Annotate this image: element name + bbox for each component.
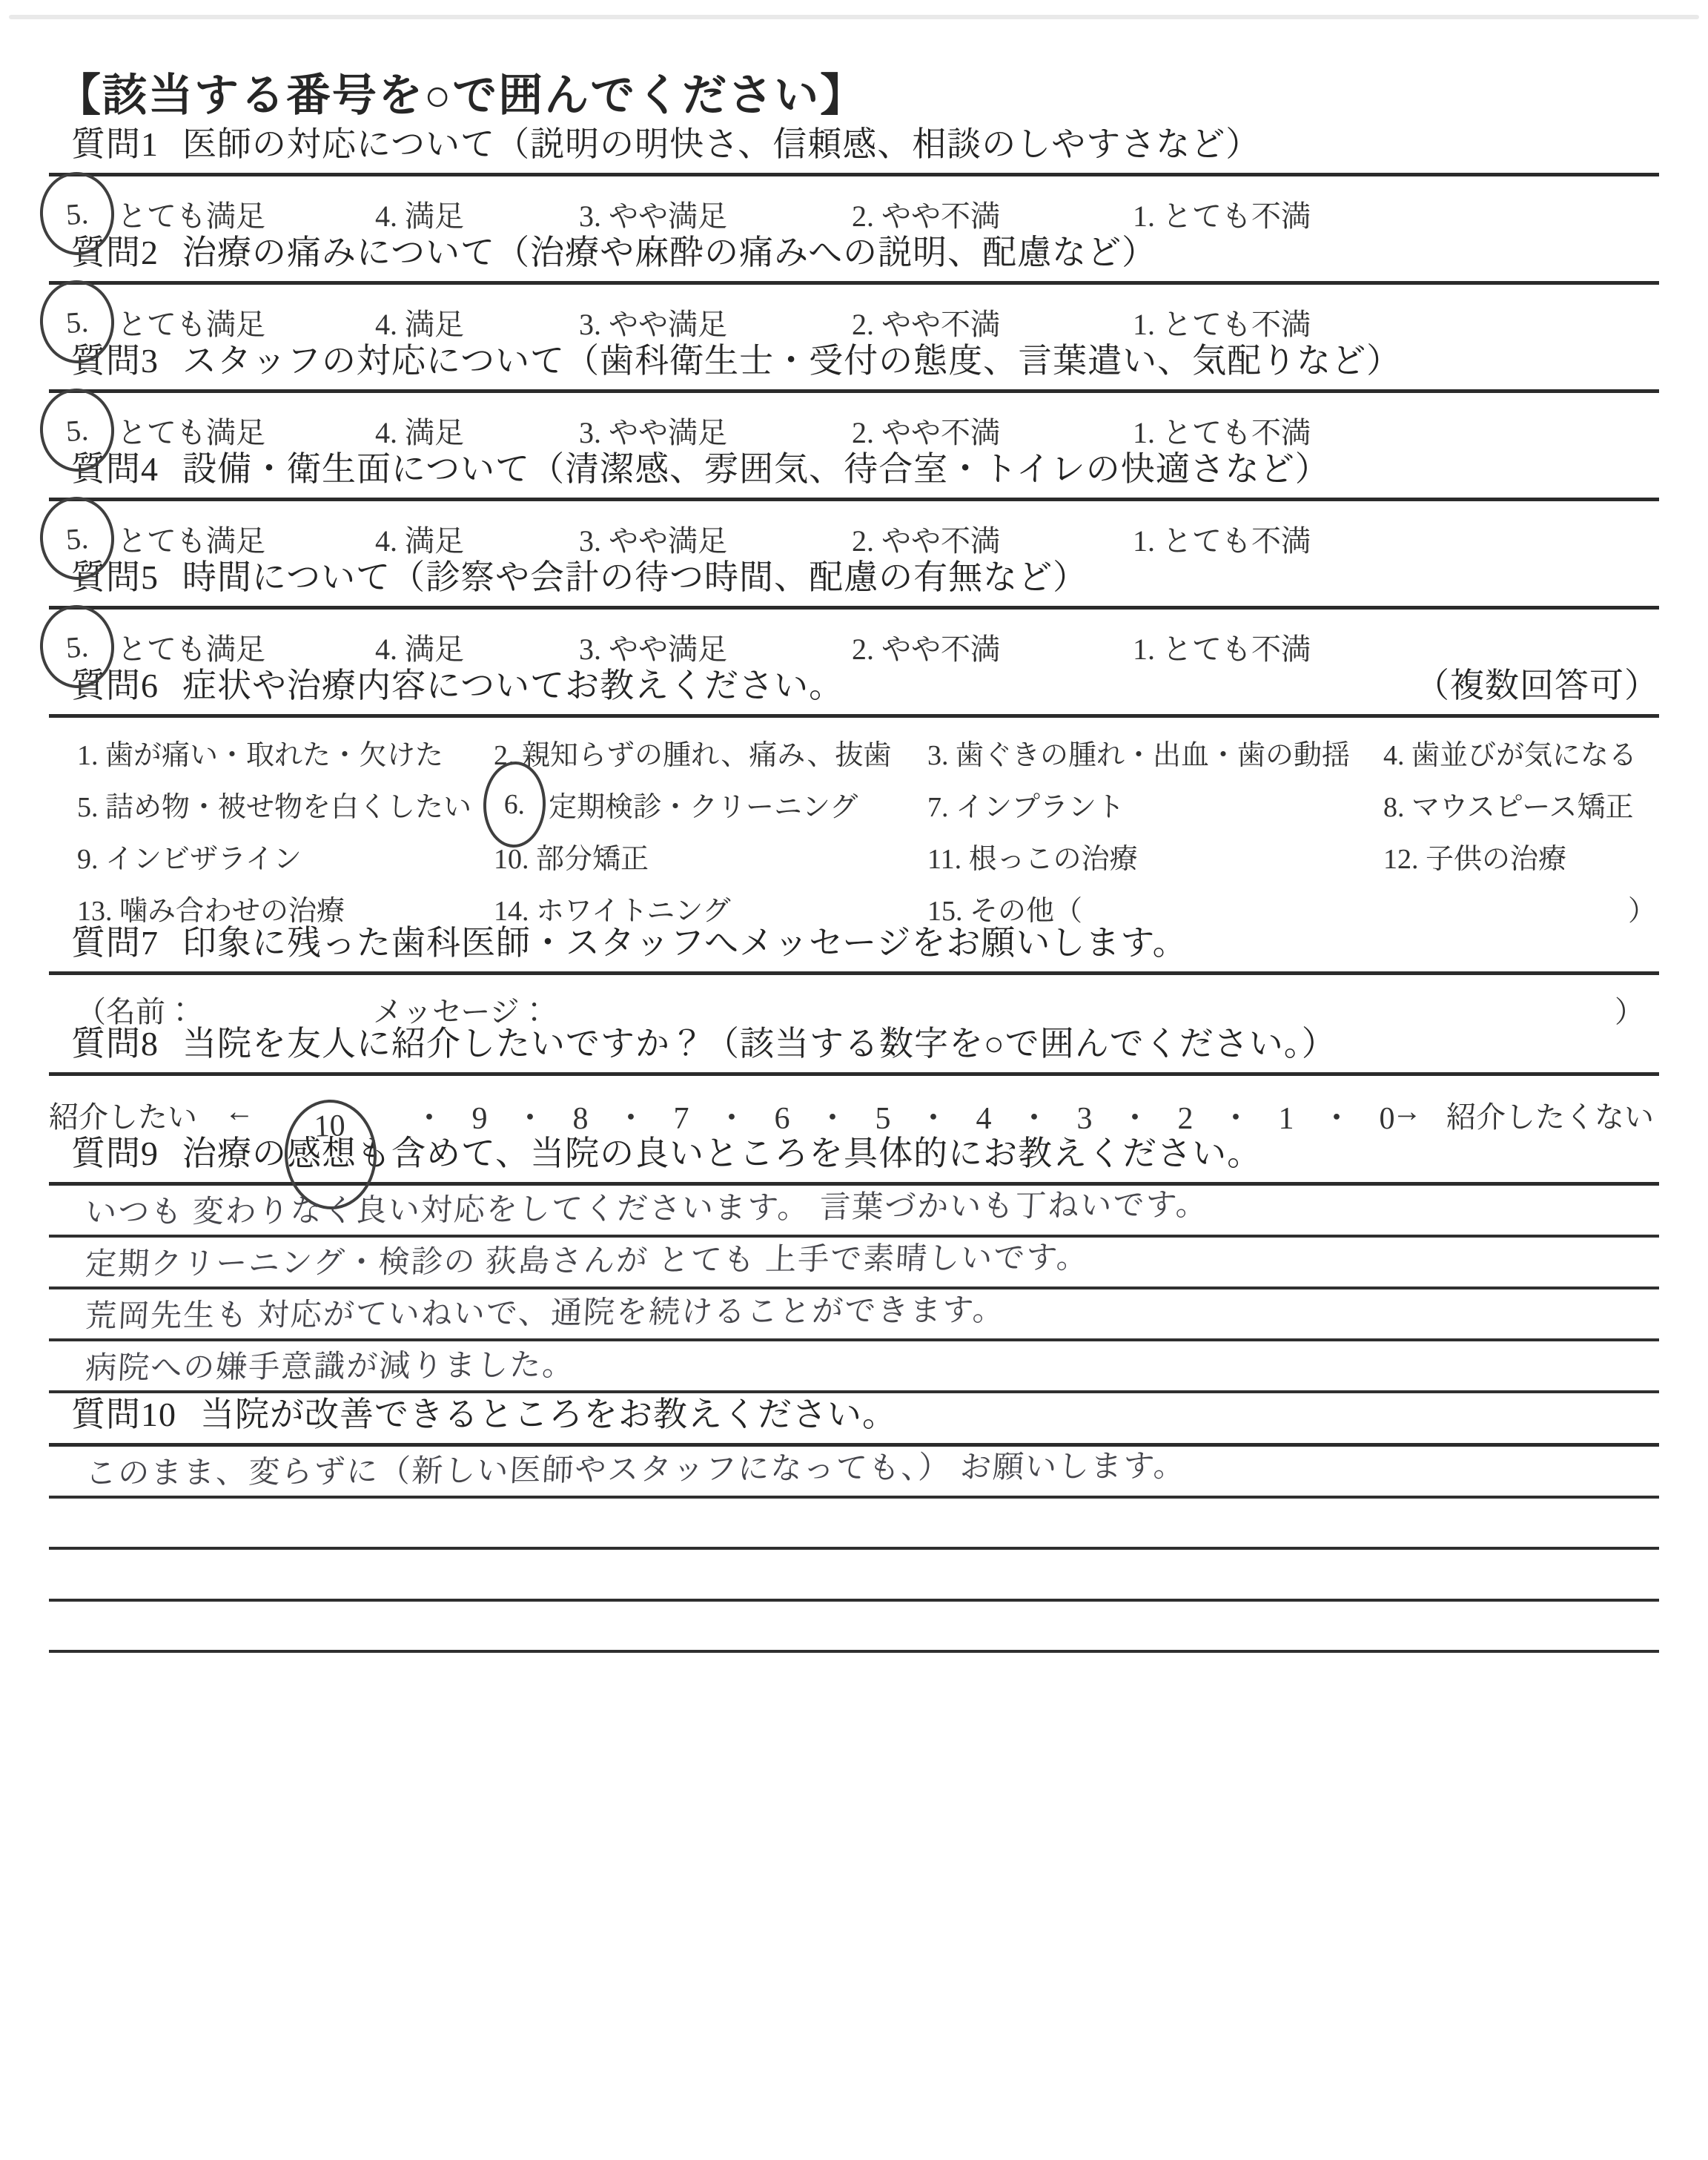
option-very-dissatisfied: 1. とても不満 [1133, 301, 1311, 343]
symptom-item-15-other: 15. その他（ [927, 888, 1082, 928]
question-10-label: 質問10 [71, 1393, 176, 1436]
question-6: 質問6 症状や治療内容についてお教えください。 （複数回答可） 1. 歯が痛い・… [49, 664, 1659, 922]
symptom-row-3: 9. インビザライン 10. 部分矯正 11. 根っこの治療 12. 子供の治療 [49, 834, 1659, 870]
empty-answer-line [49, 1499, 1659, 1550]
option-somewhat-satisfied: 3. やや満足 [579, 409, 727, 452]
circled-number: 10 [314, 1108, 346, 1144]
name-message-row: （名前： メッセージ： ） [49, 987, 1659, 1023]
other-close-paren: ） [1628, 888, 1656, 928]
answer-line: 定期クリーニング・検診の 荻島さんが とても 上手で素晴しいです。 [49, 1238, 1659, 1289]
question-4: 質問4 設備・衛生面について（清潔感、雰囲気、待合室・トイレの快適さなど） 5.… [49, 448, 1659, 556]
divider [49, 281, 1659, 285]
question-3-heading: 質問3 スタッフの対応について（歯科衛生士・受付の態度、言葉遣い、気配りなど） [49, 340, 1659, 383]
hand-drawn-circle: 5. [37, 278, 117, 366]
left-arrow-icon: ← [225, 1094, 254, 1129]
question-1-heading: 質問1 医師の対応について（説明の明快さ、信頼感、相談のしやすさなど） [49, 123, 1659, 166]
circled-number: 5. [64, 629, 89, 665]
right-arrow-icon: → [1392, 1094, 1422, 1129]
divider [49, 389, 1659, 393]
symptom-item-7: 7. インプラント [927, 784, 1125, 825]
option-very-dissatisfied: 1. とても不満 [1133, 193, 1311, 235]
question-5: 質問5 時間について（診察や会計の待つ時間、配慮の有無など） 5. とても満足 … [49, 556, 1659, 664]
symptom-item-12: 12. 子供の治療 [1383, 836, 1566, 876]
symptom-item-10: 10. 部分矯正 [494, 836, 649, 876]
hand-drawn-circle: 5. [37, 495, 117, 583]
handwritten-answer: 定期クリーニング・検診の 荻島さんが とても 上手で素晴しいです。 [85, 1233, 1090, 1284]
symptom-row-1: 1. 歯が痛い・取れた・欠けた 2. 親知らずの腫れ、痛み、抜歯 3. 歯ぐきの… [49, 730, 1659, 766]
handwritten-answer: 荒岡先生も 対応がていねいで、通院を続けることができます。 [85, 1285, 1006, 1336]
symptom-item-4: 4. 歯並びが気になる [1383, 732, 1637, 773]
answer-line: このまま、変らずに（新しい医師やスタッフになっても、） お願いします。 [49, 1447, 1659, 1499]
question-3: 質問3 スタッフの対応について（歯科衛生士・受付の態度、言葉遣い、気配りなど） … [49, 340, 1659, 448]
option-very-satisfied-circled: 5. とても満足 [40, 497, 265, 580]
message-field-label: メッセージ： [373, 988, 549, 1031]
option-label: とても満足 [117, 518, 265, 560]
handwritten-answer: いつも 変わりなく良い対応をしてくださいます。 言葉づかいも丁ねいです。 [85, 1180, 1210, 1232]
option-very-satisfied-circled: 5. とても満足 [40, 172, 265, 255]
circled-number: 5. [64, 196, 89, 232]
option-label: とても満足 [117, 409, 265, 452]
divider [49, 714, 1659, 718]
option-very-satisfied-circled: 5. とても満足 [40, 605, 265, 688]
question-7: 質問7 印象に残った歯科医師・スタッフへメッセージをお願いします。 （名前： メ… [49, 922, 1659, 1023]
divider [49, 1072, 1659, 1076]
option-satisfied: 4. 満足 [375, 518, 464, 560]
hand-drawn-circle: 5. [37, 386, 117, 475]
option-satisfied: 4. 満足 [375, 193, 464, 235]
option-somewhat-dissatisfied: 2. やや不満 [852, 518, 1000, 560]
divider [49, 606, 1659, 610]
symptom-item-6-circled: 6. 定期検診・クリーニング [494, 784, 858, 825]
symptom-item-8: 8. マウスピース矯正 [1383, 784, 1633, 825]
question-5-options: 5. とても満足 4. 満足 3. やや満足 2. やや不満 1. とても不満 [49, 623, 1659, 664]
option-very-satisfied-circled: 5. とても満足 [40, 389, 265, 472]
option-somewhat-dissatisfied: 2. やや不満 [852, 193, 1000, 235]
circled-number: 6. [503, 787, 526, 821]
option-somewhat-dissatisfied: 2. やや不満 [852, 301, 1000, 343]
circled-number: 5. [64, 521, 89, 557]
question-2-title: 治療の痛みについて（治療や麻酔の痛みへの説明、配慮など） [182, 231, 1156, 274]
handwritten-answer: このまま、変らずに（新しい医師やスタッフになっても、） お願いします。 [85, 1441, 1187, 1493]
question-2: 質問2 治療の痛みについて（治療や麻酔の痛みへの説明、配慮など） 5. とても満… [49, 231, 1659, 340]
hand-drawn-circle: 5. [37, 170, 117, 258]
option-label: とても満足 [117, 193, 265, 235]
symptom-item-13: 13. 噛み合わせの治療 [77, 888, 345, 928]
question-1: 質問1 医師の対応について（説明の明快さ、信頼感、相談のしやすさなど） 5. と… [49, 123, 1659, 231]
question-6-title: 症状や治療内容についてお教えください。 [182, 664, 844, 707]
divider [49, 173, 1659, 176]
option-satisfied: 4. 満足 [375, 409, 464, 452]
multiple-answers-note: （複数回答可） [1415, 664, 1659, 707]
answer-line: 病院への嫌手意識が減りました。 [49, 1341, 1659, 1393]
symptom-item-3: 3. 歯ぐきの腫れ・出血・歯の動揺 [927, 732, 1350, 773]
recommend-scale: 紹介したい ← 10 ・ 9 ・ 8 ・ 7 ・ 6 ・ 5 ・ 4 ・ 3 ・… [49, 1088, 1659, 1132]
symptom-item-1: 1. 歯が痛い・取れた・欠けた [77, 732, 443, 773]
option-satisfied: 4. 満足 [375, 301, 464, 343]
option-very-satisfied-circled: 5. とても満足 [40, 280, 265, 363]
symptom-row-2: 5. 詰め物・被せ物を白くしたい 6. 定期検診・クリーニング 7. インプラン… [49, 782, 1659, 818]
question-3-options: 5. とても満足 4. 満足 3. やや満足 2. やや不満 1. とても不満 [49, 406, 1659, 448]
question-8-title: 当院を友人に紹介したいですか？（該当する数字を○で囲んでください。） [182, 1023, 1337, 1066]
question-10-title: 当院が改善できるところをお教えください。 [200, 1393, 897, 1436]
hand-drawn-circle: 5. [37, 603, 117, 691]
question-1-title: 医師の対応について（説明の明快さ、信頼感、相談のしやすさなど） [182, 123, 1260, 166]
scale-left-label: 紹介したい [49, 1094, 197, 1136]
option-very-dissatisfied: 1. とても不満 [1133, 626, 1311, 668]
question-6-heading: 質問6 症状や治療内容についてお教えください。 （複数回答可） [49, 664, 1659, 707]
symptom-item-2: 2. 親知らずの腫れ、痛み、抜歯 [494, 732, 892, 773]
question-1-label: 質問1 [71, 123, 159, 166]
option-somewhat-satisfied: 3. やや満足 [579, 193, 727, 235]
form-instruction-title: 【該当する番号を○で囲んでください】 [56, 68, 1659, 123]
option-satisfied: 4. 満足 [375, 626, 464, 668]
option-label: とても満足 [117, 626, 265, 668]
question-2-options: 5. とても満足 4. 満足 3. やや満足 2. やや不満 1. とても不満 [49, 298, 1659, 340]
question-5-title: 時間について（診察や会計の待つ時間、配慮の有無など） [182, 556, 1088, 599]
question-4-options: 5. とても満足 4. 満足 3. やや満足 2. やや不満 1. とても不満 [49, 515, 1659, 556]
close-paren: ） [1615, 988, 1644, 1031]
handwritten-answer: 病院への嫌手意識が減りました。 [85, 1340, 576, 1388]
option-somewhat-satisfied: 3. やや満足 [579, 301, 727, 343]
symptom-item-6-label: 定期検診・クリーニング [549, 784, 858, 825]
option-very-dissatisfied: 1. とても不満 [1133, 518, 1311, 560]
option-somewhat-satisfied: 3. やや満足 [579, 626, 727, 668]
question-9-label: 質問9 [71, 1132, 159, 1175]
question-4-title: 設備・衛生面について（清潔感、雰囲気、待合室・トイレの快適さなど） [182, 448, 1330, 491]
option-somewhat-dissatisfied: 2. やや不満 [852, 626, 1000, 668]
answer-line: 荒岡先生も 対応がていねいで、通院を続けることができます。 [49, 1289, 1659, 1341]
question-4-heading: 質問4 設備・衛生面について（清潔感、雰囲気、待合室・トイレの快適さなど） [49, 448, 1659, 491]
question-5-heading: 質問5 時間について（診察や会計の待つ時間、配慮の有無など） [49, 556, 1659, 599]
answer-line: いつも 変わりなく良い対応をしてくださいます。 言葉づかいも丁ねいです。 [49, 1186, 1659, 1238]
empty-answer-line [49, 1550, 1659, 1602]
empty-answer-line [49, 1602, 1659, 1653]
question-8-heading: 質問8 当院を友人に紹介したいですか？（該当する数字を○で囲んでください。） [49, 1023, 1659, 1066]
scale-right-label: 紹介したくない [1446, 1094, 1654, 1136]
question-10: 質問10 当院が改善できるところをお教えください。 このまま、変らずに（新しい医… [49, 1393, 1659, 1653]
symptom-item-14: 14. ホワイトニング [494, 888, 731, 928]
question-8: 質問8 当院を友人に紹介したいですか？（該当する数字を○で囲んでください。） 紹… [49, 1023, 1659, 1132]
survey-form-page: 【該当する番号を○で囲んでください】 質問1 医師の対応について（説明の明快さ、… [49, 68, 1659, 1653]
symptom-item-5: 5. 詰め物・被せ物を白くしたい [77, 784, 471, 825]
circled-number: 5. [64, 304, 89, 340]
question-2-heading: 質問2 治療の痛みについて（治療や麻酔の痛みへの説明、配慮など） [49, 231, 1659, 274]
option-very-dissatisfied: 1. とても不満 [1133, 409, 1311, 452]
divider [49, 498, 1659, 501]
circled-number: 5. [64, 412, 89, 449]
symptom-row-4: 13. 噛み合わせの治療 14. ホワイトニング 15. その他（ ） [49, 886, 1659, 922]
scan-edge-line [9, 15, 1699, 19]
option-label: とても満足 [117, 301, 265, 343]
name-field-label: （名前： [76, 988, 195, 1031]
scale-numbers: ・ 9 ・ 8 ・ 7 ・ 6 ・ 5 ・ 4 ・ 3 ・ 2 ・ 1 ・ 0 [414, 1094, 1397, 1138]
question-1-options: 5. とても満足 4. 満足 3. やや満足 2. やや不満 1. とても不満 [49, 190, 1659, 231]
question-10-heading: 質問10 当院が改善できるところをお教えください。 [49, 1393, 1659, 1436]
question-3-title: スタッフの対応について（歯科衛生士・受付の態度、言葉遣い、気配りなど） [182, 340, 1401, 383]
symptom-item-11: 11. 根っこの治療 [927, 836, 1138, 876]
divider [49, 971, 1659, 975]
option-somewhat-satisfied: 3. やや満足 [579, 518, 727, 560]
option-somewhat-dissatisfied: 2. やや不満 [852, 409, 1000, 452]
symptom-item-9: 9. インビザライン [77, 836, 302, 876]
